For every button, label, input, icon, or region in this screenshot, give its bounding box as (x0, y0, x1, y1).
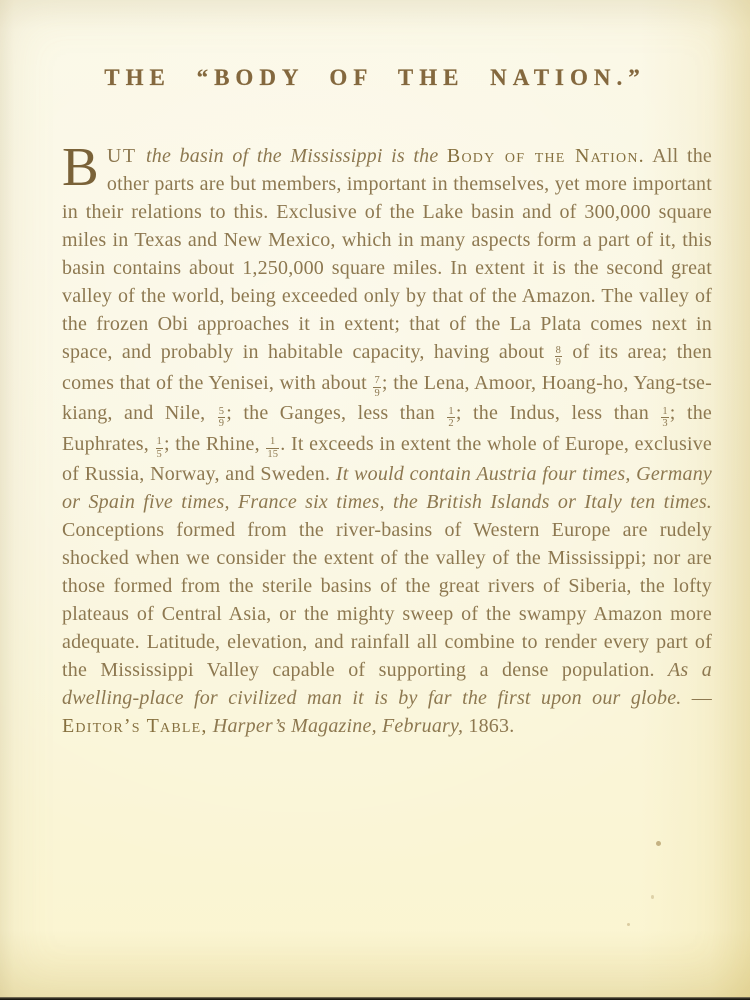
fraction: 115 (266, 437, 279, 460)
text-segment: All the other parts are but members, imp… (62, 145, 712, 363)
epigraph-paragraph: BUT the basin of the Mississippi is the … (62, 142, 712, 740)
text-segment: the basin of the Mississippi is the (146, 145, 447, 167)
paper-speck (627, 923, 630, 926)
book-page: THE “BODY OF THE NATION.” BUT the basin … (0, 0, 750, 1000)
text-segment: UT (107, 145, 146, 167)
text-segment: ; the Ganges, less than (226, 402, 446, 424)
text-segment: Conceptions formed from the river-basins… (62, 519, 712, 681)
epigraph-text: UT the basin of the Mississippi is the B… (62, 145, 712, 737)
text-segment: ; the Indus, less than (456, 402, 660, 424)
fraction: 89 (555, 346, 562, 369)
fraction: 59 (218, 407, 225, 430)
text-segment: Body of the Nation. (447, 145, 645, 167)
page-title: THE “BODY OF THE NATION.” (0, 65, 750, 91)
fraction: 79 (373, 376, 380, 399)
fraction: 13 (661, 407, 668, 430)
drop-cap: B (62, 142, 107, 190)
text-segment: Editor’s Table, (62, 715, 208, 737)
text-segment: Harper’s Magazine, February, (213, 715, 463, 737)
text-segment: 1863. (463, 715, 514, 737)
fraction: 15 (156, 437, 163, 460)
fraction: 12 (447, 407, 454, 430)
text-segment: — (681, 687, 712, 709)
paper-speck (651, 895, 654, 899)
text-segment: ; the Rhine, (164, 433, 265, 455)
paper-speck (656, 841, 661, 846)
